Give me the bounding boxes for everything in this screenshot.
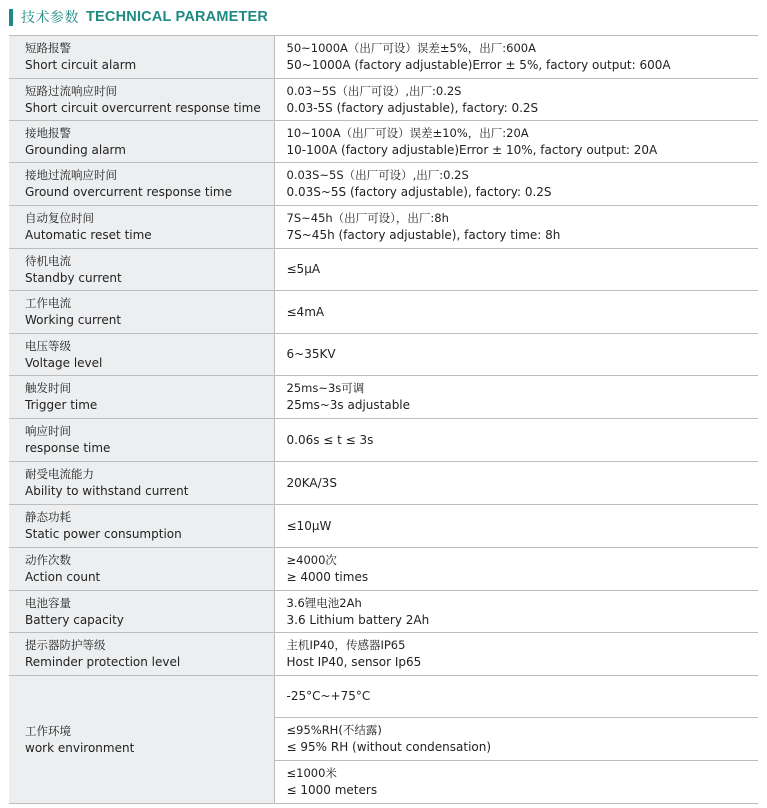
- parameter-label-en: Short circuit overcurrent response time: [25, 100, 274, 117]
- parameter-value-line2: ≤ 1000 meters: [287, 782, 759, 799]
- table-row: 短路报警Short circuit alarm50~1000A（出厂可设）误差±…: [9, 36, 758, 79]
- parameter-value-line2: ≥ 4000 times: [287, 569, 759, 586]
- parameter-label-cell: 动作次数Action count: [9, 548, 274, 591]
- parameter-value-line2: 25ms~3s adjustable: [287, 397, 759, 414]
- table-row: 待机电流Standby current≤5μA: [9, 249, 758, 291]
- parameter-value-line1: 10~100A（出厂可设）误差±10%，出厂:20A: [287, 125, 759, 142]
- parameter-value-line2: ≤ 95% RH (without condensation): [287, 739, 759, 756]
- parameter-label-cell: 响应时间response time: [9, 419, 274, 462]
- parameter-value-line1: 0.03~5S（出厂可设）,出厂:0.2S: [287, 83, 759, 100]
- parameter-value-line2: 10-100A (factory adjustable)Error ± 10%,…: [287, 142, 759, 159]
- parameter-value-cell: 主机IP40，传感器IP65Host IP40, sensor Ip65: [274, 633, 758, 676]
- table-row: 静态功耗Static power consumption≤10μW: [9, 505, 758, 548]
- parameter-value-cell: 6~35KV: [274, 334, 758, 376]
- parameter-value-line1: 7S~45h（出厂可设），出厂:8h: [287, 210, 759, 227]
- parameter-value-cell: 50~1000A（出厂可设）误差±5%，出厂:600A50~1000A (fac…: [274, 36, 758, 79]
- parameter-value-line2: Host IP40, sensor Ip65: [287, 654, 759, 671]
- parameter-value-line2: 0.03S~5S (factory adjustable), factory: …: [287, 184, 759, 201]
- parameter-value-cell: ≤4mA: [274, 291, 758, 334]
- parameter-value-line1: ≤10μW: [287, 518, 759, 535]
- table-row: 自动复位时间Automatic reset time7S~45h（出厂可设），出…: [9, 206, 758, 249]
- parameter-label-cn: 提示器防护等级: [25, 637, 274, 654]
- parameter-value-line1: 25ms~3s可调: [287, 380, 759, 397]
- parameter-value-cell: ≥4000次≥ 4000 times: [274, 548, 758, 591]
- table-row: 电池容量Battery capacity3.6锂电池2Ah3.6 Lithium…: [9, 591, 758, 633]
- parameter-label-cn: 工作环境: [25, 723, 274, 740]
- parameter-label-cn: 短路报警: [25, 40, 274, 57]
- parameter-label-en: Standby current: [25, 270, 274, 287]
- parameter-label-cn: 电压等级: [25, 338, 274, 355]
- parameter-value-cell: 0.06s ≤ t ≤ 3s: [274, 419, 758, 462]
- parameter-value-cell: 7S~45h（出厂可设），出厂:8h7S~45h (factory adjust…: [274, 206, 758, 249]
- parameter-value-line1: ≤4mA: [287, 304, 759, 321]
- parameter-value-line1: 0.03S~5S（出厂可设）,出厂:0.2S: [287, 167, 759, 184]
- parameter-label-cn: 短路过流响应时间: [25, 83, 274, 100]
- parameter-label-cell: 接地报警Grounding alarm: [9, 121, 274, 163]
- parameter-label-cn: 工作电流: [25, 295, 274, 312]
- section-header: 技术参数 TECHNICAL PARAMETER: [9, 7, 268, 27]
- parameter-label-cn: 静态功耗: [25, 509, 274, 526]
- table-row: 动作次数Action count≥4000次≥ 4000 times: [9, 548, 758, 591]
- parameter-label-cell: 电池容量Battery capacity: [9, 591, 274, 633]
- parameter-value-cell: -25°C~+75°C: [274, 676, 758, 718]
- parameter-value-line2: 3.6 Lithium battery 2Ah: [287, 612, 759, 629]
- parameter-value-line1: 3.6锂电池2Ah: [287, 595, 759, 612]
- parameter-label-en: work environment: [25, 740, 274, 757]
- parameter-label-cell: 工作电流Working current: [9, 291, 274, 334]
- parameter-value-cell: 20KA/3S: [274, 462, 758, 505]
- parameter-label-cn: 电池容量: [25, 595, 274, 612]
- parameter-label-cn: 动作次数: [25, 552, 274, 569]
- parameter-label-en: response time: [25, 440, 274, 457]
- technical-parameter-table: 短路报警Short circuit alarm50~1000A（出厂可设）误差±…: [9, 35, 758, 804]
- parameter-label-cell: 短路过流响应时间Short circuit overcurrent respon…: [9, 79, 274, 121]
- table-row: 响应时间response time0.06s ≤ t ≤ 3s: [9, 419, 758, 462]
- parameter-value-cell: 0.03~5S（出厂可设）,出厂:0.2S0.03-5S (factory ad…: [274, 79, 758, 121]
- parameter-label-en: Battery capacity: [25, 612, 274, 629]
- parameter-value-line1: ≤1000米: [287, 765, 759, 782]
- parameter-label-cn: 接地报警: [25, 125, 274, 142]
- parameter-label-cell: 工作环境work environment: [9, 676, 274, 804]
- parameter-value-cell: ≤1000米≤ 1000 meters: [274, 761, 758, 804]
- parameter-value-line1: ≥4000次: [287, 552, 759, 569]
- parameter-label-en: Voltage level: [25, 355, 274, 372]
- parameter-value-line1: ≤95%RH(不结露): [287, 722, 759, 739]
- parameter-label-cell: 静态功耗Static power consumption: [9, 505, 274, 548]
- parameter-value-line1: 主机IP40，传感器IP65: [287, 637, 759, 654]
- table-row: 提示器防护等级Reminder protection level主机IP40，传…: [9, 633, 758, 676]
- parameter-value-line1: 6~35KV: [287, 346, 759, 363]
- parameter-value-line2: 50~1000A (factory adjustable)Error ± 5%,…: [287, 57, 759, 74]
- parameter-label-cn: 触发时间: [25, 380, 274, 397]
- accent-bar: [9, 9, 13, 26]
- table-row: 电压等级Voltage level6~35KV: [9, 334, 758, 376]
- parameter-value-cell: 25ms~3s可调25ms~3s adjustable: [274, 376, 758, 419]
- table-row: 耐受电流能力Ability to withstand current20KA/3…: [9, 462, 758, 505]
- parameter-label-en: Working current: [25, 312, 274, 329]
- parameter-label-en: Action count: [25, 569, 274, 586]
- parameter-label-cn: 自动复位时间: [25, 210, 274, 227]
- parameter-value-line1: 20KA/3S: [287, 475, 759, 492]
- section-title-cn: 技术参数: [21, 7, 79, 27]
- parameter-label-en: Automatic reset time: [25, 227, 274, 244]
- parameter-label-cell: 提示器防护等级Reminder protection level: [9, 633, 274, 676]
- parameter-label-en: Ability to withstand current: [25, 483, 274, 500]
- parameter-value-cell: 10~100A（出厂可设）误差±10%，出厂:20A10-100A (facto…: [274, 121, 758, 163]
- parameter-label-en: Reminder protection level: [25, 654, 274, 671]
- parameter-label-en: Ground overcurrent response time: [25, 184, 274, 201]
- parameter-label-cn: 待机电流: [25, 253, 274, 270]
- parameter-label-cell: 触发时间Trigger time: [9, 376, 274, 419]
- parameter-label-cn: 接地过流响应时间: [25, 167, 274, 184]
- parameter-label-cell: 接地过流响应时间Ground overcurrent response time: [9, 163, 274, 206]
- parameter-label-en: Short circuit alarm: [25, 57, 274, 74]
- parameter-value-line1: 50~1000A（出厂可设）误差±5%，出厂:600A: [287, 40, 759, 57]
- parameter-label-cell: 待机电流Standby current: [9, 249, 274, 291]
- table-row: 接地过流响应时间Ground overcurrent response time…: [9, 163, 758, 206]
- parameter-value-cell: ≤5μA: [274, 249, 758, 291]
- parameter-label-cell: 耐受电流能力Ability to withstand current: [9, 462, 274, 505]
- parameter-label-cell: 电压等级Voltage level: [9, 334, 274, 376]
- parameter-value-line2: 0.03-5S (factory adjustable), factory: 0…: [287, 100, 759, 117]
- table-row: 工作电流Working current≤4mA: [9, 291, 758, 334]
- parameter-label-en: Static power consumption: [25, 526, 274, 543]
- parameter-label-cn: 响应时间: [25, 423, 274, 440]
- parameter-value-line2: 7S~45h (factory adjustable), factory tim…: [287, 227, 759, 244]
- parameter-label-cell: 短路报警Short circuit alarm: [9, 36, 274, 79]
- table-row: 工作环境work environment-25°C~+75°C: [9, 676, 758, 718]
- parameter-value-cell: 0.03S~5S（出厂可设）,出厂:0.2S0.03S~5S (factory …: [274, 163, 758, 206]
- parameter-label-en: Trigger time: [25, 397, 274, 414]
- parameter-value-cell: ≤95%RH(不结露)≤ 95% RH (without condensatio…: [274, 718, 758, 761]
- parameter-label-cn: 耐受电流能力: [25, 466, 274, 483]
- section-title-en: TECHNICAL PARAMETER: [86, 9, 268, 25]
- parameter-value-cell: ≤10μW: [274, 505, 758, 548]
- parameter-value-line1: ≤5μA: [287, 261, 759, 278]
- parameter-label-cell: 自动复位时间Automatic reset time: [9, 206, 274, 249]
- parameter-value-line1: -25°C~+75°C: [287, 688, 759, 705]
- parameter-label-en: Grounding alarm: [25, 142, 274, 159]
- table-row: 接地报警Grounding alarm10~100A（出厂可设）误差±10%，出…: [9, 121, 758, 163]
- table-row: 短路过流响应时间Short circuit overcurrent respon…: [9, 79, 758, 121]
- table-row: 触发时间Trigger time25ms~3s可调25ms~3s adjusta…: [9, 376, 758, 419]
- parameter-value-cell: 3.6锂电池2Ah3.6 Lithium battery 2Ah: [274, 591, 758, 633]
- parameter-value-line1: 0.06s ≤ t ≤ 3s: [287, 432, 759, 449]
